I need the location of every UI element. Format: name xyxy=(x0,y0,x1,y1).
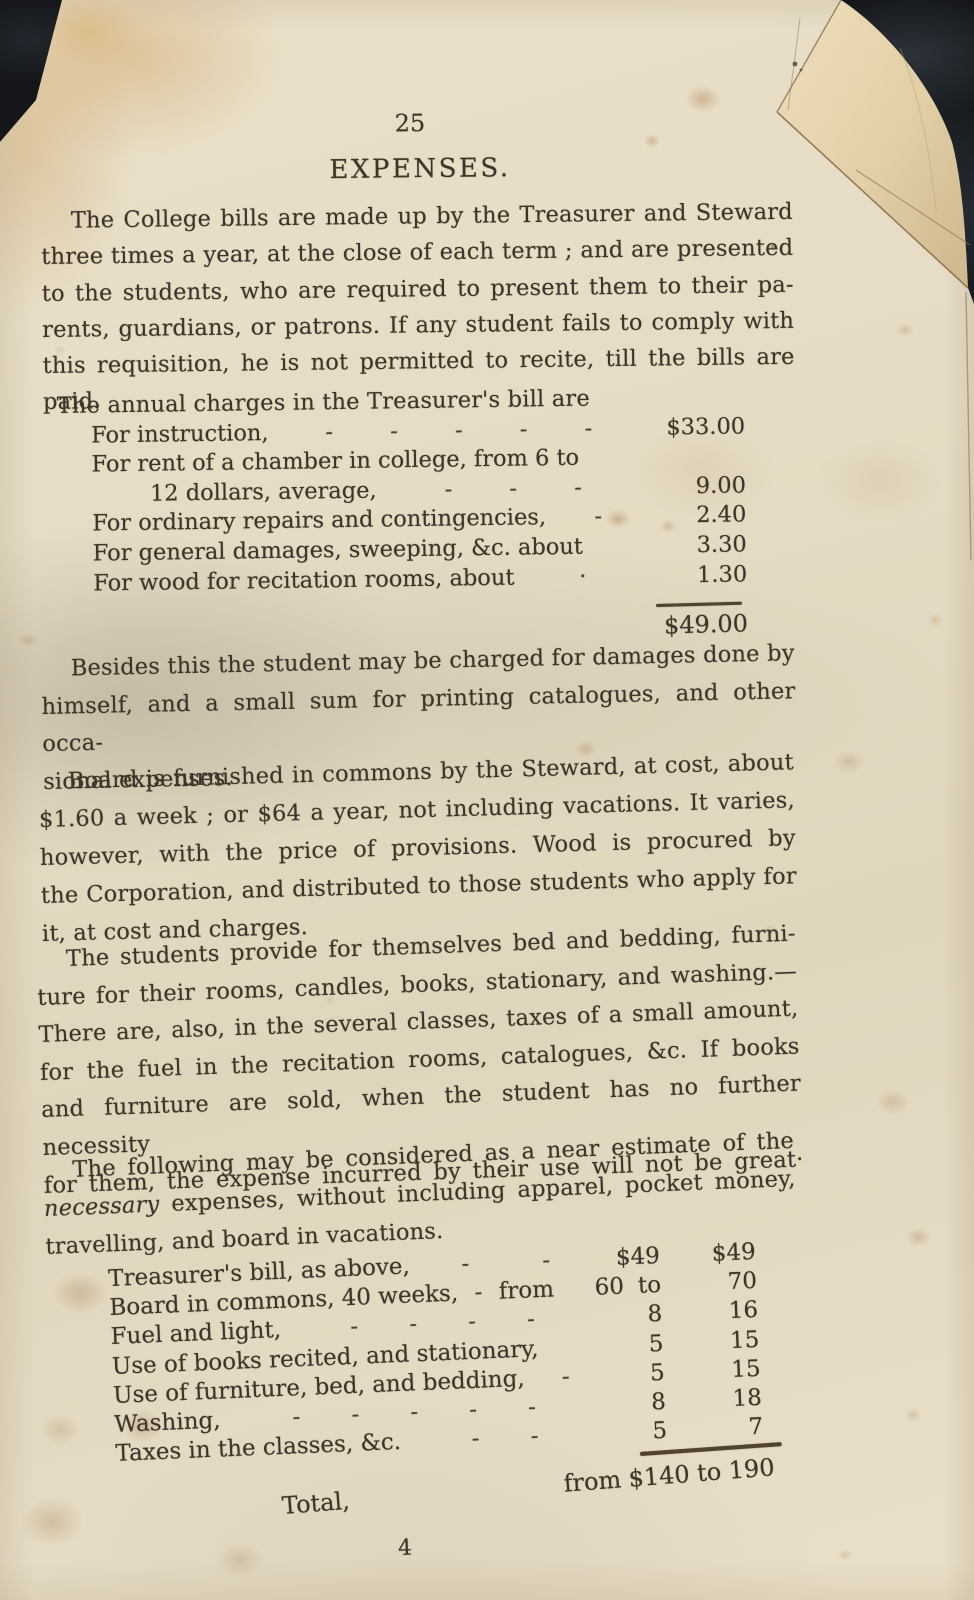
charges-total: $49.00 xyxy=(648,609,749,640)
estimate-value-low: 60 xyxy=(565,1274,624,1302)
leader-dashes: - xyxy=(524,1362,607,1391)
leader-dashes xyxy=(583,553,651,554)
estimate-value-high: 15 xyxy=(664,1356,761,1386)
charge-label: 12 dollars, average, xyxy=(58,476,377,510)
leader-dashes: · xyxy=(514,561,651,593)
estimate-value-high: 7 xyxy=(667,1414,764,1444)
estimate-value-high: $49 xyxy=(659,1239,756,1269)
estimate-value-high: 16 xyxy=(662,1297,759,1327)
charge-amount: $33.00 xyxy=(649,412,745,443)
estimate-value-low: 5 xyxy=(606,1360,665,1388)
leader-dashes: - xyxy=(458,1279,500,1307)
estimate-value-high: 18 xyxy=(665,1385,762,1415)
leader-dashes: - - - - - xyxy=(268,413,649,448)
section-heading: EXPENSES. xyxy=(240,152,600,186)
total-row: Total, from $140 to 190 xyxy=(281,1453,776,1520)
total-label: Total, xyxy=(281,1487,351,1520)
charge-amount xyxy=(650,463,746,464)
estimate-table: Treasurer's bill, as above, - - $49 $49 … xyxy=(108,1239,764,1470)
page-number: 25 xyxy=(330,109,490,138)
estimate-value-low: 5 xyxy=(605,1330,664,1358)
sum-rule xyxy=(656,602,742,607)
charge-amount: 1.30 xyxy=(651,560,747,591)
photo-scene: 25 EXPENSES. The College bills are made … xyxy=(0,0,974,1600)
range-word: from xyxy=(498,1277,554,1305)
page-content: 25 EXPENSES. The College bills are made … xyxy=(0,0,974,1600)
italic-word: necessary xyxy=(43,1191,159,1222)
treasurer-charges-list: The annual charges in the Treasurer's bi… xyxy=(57,382,748,599)
signature-mark: 4 xyxy=(398,1536,413,1561)
charge-amount: 2.40 xyxy=(650,501,746,532)
leader-dashes: - xyxy=(546,502,651,533)
leader-dashes xyxy=(539,1353,606,1356)
leader-dashes xyxy=(579,464,649,465)
leader-dashes: - - - xyxy=(376,473,650,506)
estimate-value-low: 5 xyxy=(609,1418,668,1446)
charge-amount: 9.00 xyxy=(650,471,746,502)
charge-amount: 3.30 xyxy=(651,530,747,561)
estimate-value-high: 15 xyxy=(663,1326,760,1356)
estimate-value-low: $49 xyxy=(601,1243,660,1271)
total-spacer xyxy=(350,1492,564,1509)
leader-dashes: - - xyxy=(409,1245,602,1279)
charge-label: For wood for recitation rooms, about xyxy=(59,563,515,599)
estimate-value-low: 8 xyxy=(607,1389,666,1417)
estimate-value-high: 70 xyxy=(660,1268,757,1298)
total-value: from $140 to 190 xyxy=(563,1453,776,1498)
range-word: to xyxy=(637,1272,661,1299)
charge-label: For instruction, xyxy=(57,419,269,452)
estimate-label: Washing, xyxy=(114,1407,221,1437)
estimate-value-low: 8 xyxy=(604,1301,663,1329)
